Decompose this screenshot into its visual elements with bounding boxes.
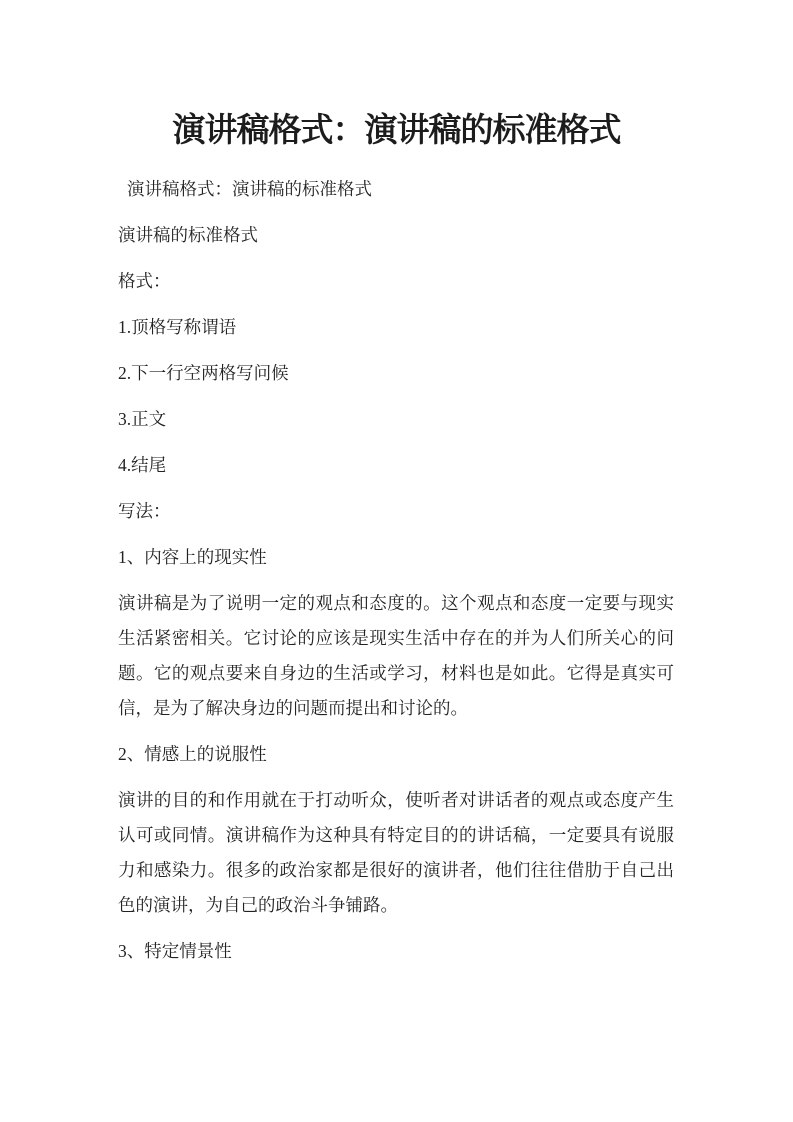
paragraph-title-repeat: 演讲稿格式：演讲稿的标准格式 (118, 172, 674, 207)
paragraph-heading-context: 3、特定情景性 (118, 934, 674, 969)
paragraph-format-item-3: 3.正文 (118, 402, 674, 437)
paragraph-format-item-1: 1.顶格写称谓语 (118, 310, 674, 345)
paragraph-format-item-2: 2.下一行空两格写问候 (118, 356, 674, 391)
paragraph-writing-label: 写法： (118, 494, 674, 529)
paragraph-body-realism: 演讲稿是为了说明一定的观点和态度的。这个观点和态度一定要与现实生活紧密相关。它讨… (118, 586, 674, 726)
paragraph-heading-persuasion: 2、情感上的说服性 (118, 737, 674, 772)
paragraph-body-persuasion: 演讲的目的和作用就在于打动听众，使听者对讲话者的观点或态度产生认可或同情。演讲稿… (118, 783, 674, 923)
paragraph-subtitle: 演讲稿的标准格式 (118, 218, 674, 253)
paragraph-format-label: 格式： (118, 264, 674, 299)
paragraph-heading-realism: 1、内容上的现实性 (118, 540, 674, 575)
document-body: 演讲稿格式：演讲稿的标准格式 演讲稿的标准格式 格式： 1.顶格写称谓语 2.下… (118, 172, 674, 980)
document-page: 演讲稿格式：演讲稿的标准格式 演讲稿格式：演讲稿的标准格式 演讲稿的标准格式 格… (0, 0, 793, 1122)
document-title: 演讲稿格式：演讲稿的标准格式 (0, 110, 793, 152)
paragraph-format-item-4: 4.结尾 (118, 448, 674, 483)
